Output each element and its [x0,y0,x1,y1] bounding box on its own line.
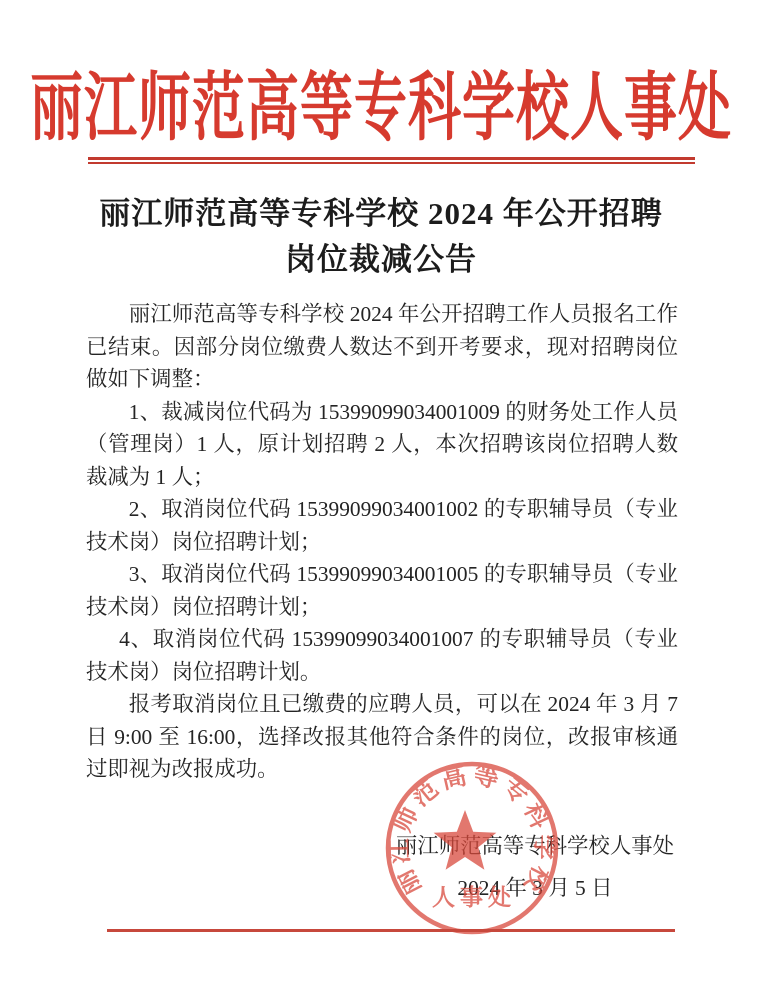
paragraph-closing: 报考取消岗位且已缴费的应聘人员，可以在 2024 年 3 月 7 日 9:00 … [86,688,678,786]
document-title-line1: 丽江师范高等专科学校 2024 年公开招聘 [0,191,762,237]
paragraph-item-4: 4、取消岗位代码 15399099034001007 的专职辅导员（专业技术岗）… [86,623,678,688]
letterhead-divider [88,157,695,164]
footer-divider [107,929,675,932]
letterhead-title: 丽江师范高等专科学校人事处 [30,49,732,155]
paragraph-item-2: 2、取消岗位代码 15399099034001002 的专职辅导员（专业技术岗）… [86,493,678,558]
document-body: 丽江师范高等专科学校 2024 年公开招聘工作人员报名工作已结束。因部分岗位缴费… [86,298,678,786]
document-title: 丽江师范高等专科学校 2024 年公开招聘 岗位裁减公告 [0,191,762,283]
signature-org: 丽江师范高等专科学校人事处 [396,830,674,863]
paragraph-intro: 丽江师范高等专科学校 2024 年公开招聘工作人员报名工作已结束。因部分岗位缴费… [86,298,678,396]
paragraph-item-3: 3、取消岗位代码 15399099034001005 的专职辅导员（专业技术岗）… [86,558,678,623]
letterhead: 丽江师范高等专科学校人事处 [0,54,762,150]
announcement-page: 丽江师范高等专科学校人事处 丽江师范高等专科学校 2024 年公开招聘 岗位裁减… [0,0,762,996]
document-title-line2: 岗位裁减公告 [0,237,762,283]
signature-date: 2024 年 3 月 5 日 [396,872,674,905]
paragraph-item-1: 1、裁减岗位代码为 15399099034001009 的财务处工作人员（管理岗… [86,396,678,494]
signature-block: 丽江师范高等专科学校人事处 2024 年 3 月 5 日 [396,830,674,905]
